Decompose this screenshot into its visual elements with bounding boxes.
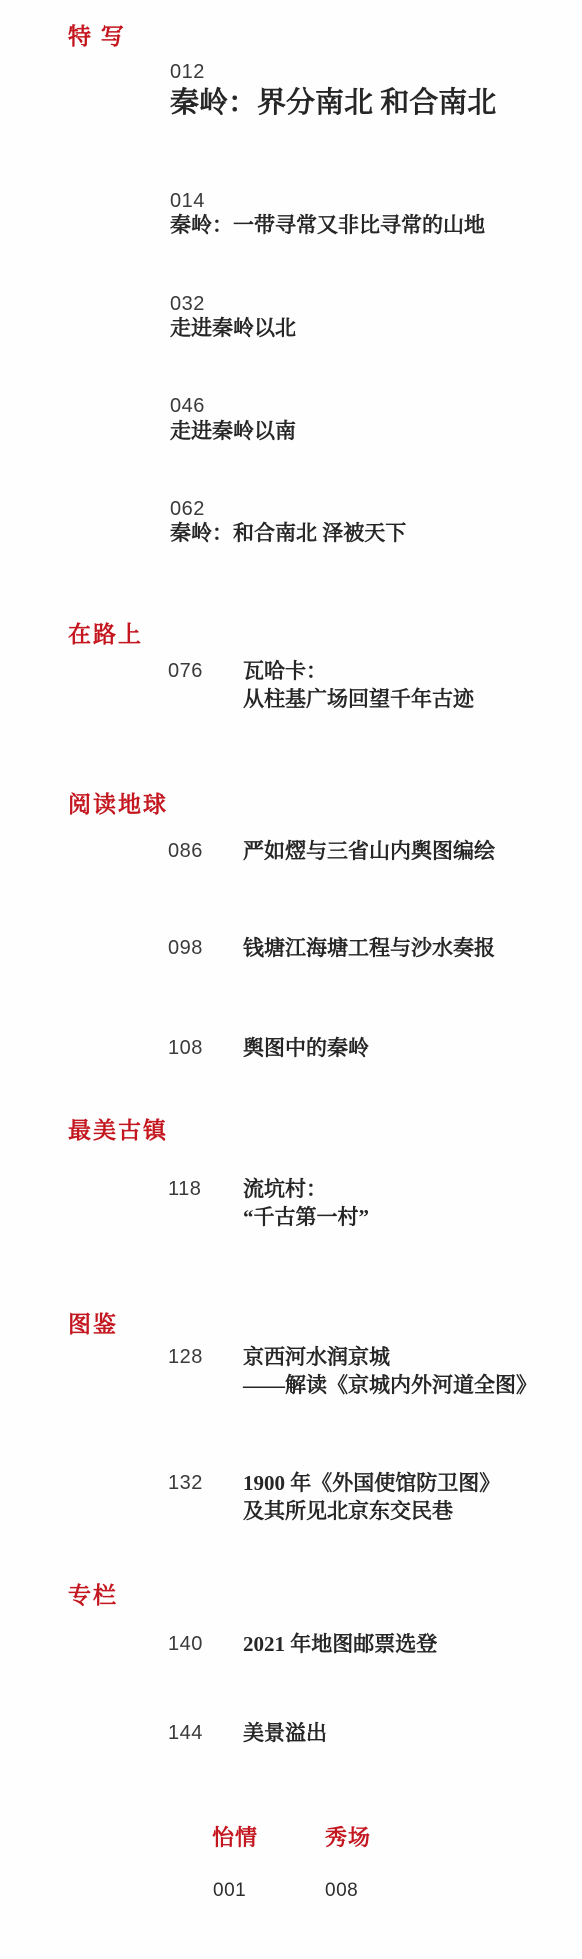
toc-article-title-line: 秦岭：和合南北 泽被天下 [170, 519, 406, 547]
toc-article-title: 走进秦岭以南 [170, 417, 296, 445]
toc-article-title-line: 及其所见北京东交民巷 [243, 1497, 500, 1525]
toc-article-title: 京西河水润京城 ——解读《京城内外河道全图》 [243, 1343, 537, 1399]
toc-article-title-line: 秦岭：一带寻常又非比寻常的山地 [170, 211, 485, 239]
toc-page-number: 014 [170, 189, 205, 213]
toc-article-title-line: 钱塘江海塘工程与沙水奏报 [243, 934, 495, 962]
toc-page-number: 076 [168, 659, 203, 683]
toc-article-title-line: 京西河水润京城 [243, 1343, 537, 1371]
toc-article-title: 瓦哈卡： 从柱基广场回望千年古迹 [243, 657, 474, 713]
toc-article-title: 秦岭：界分南北 和合南北 [170, 84, 496, 122]
toc-article-title: 严如熤与三省山内舆图编绘 [243, 837, 495, 865]
toc-article-title-line: 美景溢出 [243, 1719, 327, 1747]
toc-article-title: 舆图中的秦岭 [243, 1034, 369, 1062]
toc-page-number: 098 [168, 936, 203, 960]
footer-page-number: 008 [325, 1879, 358, 1902]
toc-article-title-line: 2021 年地图邮票选登 [243, 1630, 437, 1658]
section-header-zailushang: 在路上 [68, 620, 143, 650]
footer-section-label-xiuchang: 秀场 [325, 1824, 371, 1852]
toc-article-title: 流坑村： “千古第一村” [243, 1175, 369, 1231]
footer-section-label-yiqing: 怡情 [212, 1824, 258, 1852]
section-header-tujian: 图鉴 [68, 1310, 118, 1340]
toc-page-number: 118 [168, 1177, 201, 1201]
toc-article-title-line: 从柱基广场回望千年古迹 [243, 685, 474, 713]
toc-page-number: 062 [170, 497, 205, 521]
toc-article-title: 秦岭：和合南北 泽被天下 [170, 519, 406, 547]
section-header-yuedu-diqiu: 阅读地球 [68, 790, 168, 820]
toc-article-title-line: ——解读《京城内外河道全图》 [243, 1371, 537, 1399]
toc-article-title-line: 舆图中的秦岭 [243, 1034, 369, 1062]
section-header-zuimei-guzhen: 最美古镇 [68, 1116, 168, 1146]
toc-article-title-line: 1900 年《外国使馆防卫图》 [243, 1469, 500, 1497]
toc-article-title: 秦岭：一带寻常又非比寻常的山地 [170, 211, 485, 239]
toc-page-number: 108 [168, 1036, 203, 1060]
toc-article-title-line: 严如熤与三省山内舆图编绘 [243, 837, 495, 865]
toc-article-title-line: 走进秦岭以南 [170, 417, 296, 445]
toc-article-title: 走进秦岭以北 [170, 314, 296, 342]
toc-page-number: 144 [168, 1721, 203, 1745]
toc-page-number: 032 [170, 292, 205, 316]
toc-article-title: 美景溢出 [243, 1719, 327, 1747]
toc-page-number: 012 [170, 60, 205, 84]
toc-article-title-line: “千古第一村” [243, 1203, 369, 1231]
toc-article-title-line: 走进秦岭以北 [170, 314, 296, 342]
toc-article-title-line: 秦岭：界分南北 和合南北 [170, 84, 496, 122]
toc-page-number: 140 [168, 1632, 203, 1656]
toc-page-number: 086 [168, 839, 203, 863]
section-header-texie: 特 写 [68, 22, 126, 52]
toc-article-title: 钱塘江海塘工程与沙水奏报 [243, 934, 495, 962]
toc-page-number: 046 [170, 394, 205, 418]
section-header-zhuanlan: 专栏 [68, 1581, 118, 1611]
toc-page-number: 132 [168, 1471, 203, 1495]
toc-article-title-line: 瓦哈卡： [243, 657, 474, 685]
toc-article-title: 1900 年《外国使馆防卫图》 及其所见北京东交民巷 [243, 1469, 500, 1525]
toc-article-title: 2021 年地图邮票选登 [243, 1630, 437, 1658]
magazine-toc-page: 特 写 012 秦岭：界分南北 和合南北 014 秦岭：一带寻常又非比寻常的山地… [0, 0, 582, 1959]
toc-article-title-line: 流坑村： [243, 1175, 369, 1203]
toc-page-number: 128 [168, 1345, 203, 1369]
footer-page-number: 001 [213, 1879, 246, 1902]
